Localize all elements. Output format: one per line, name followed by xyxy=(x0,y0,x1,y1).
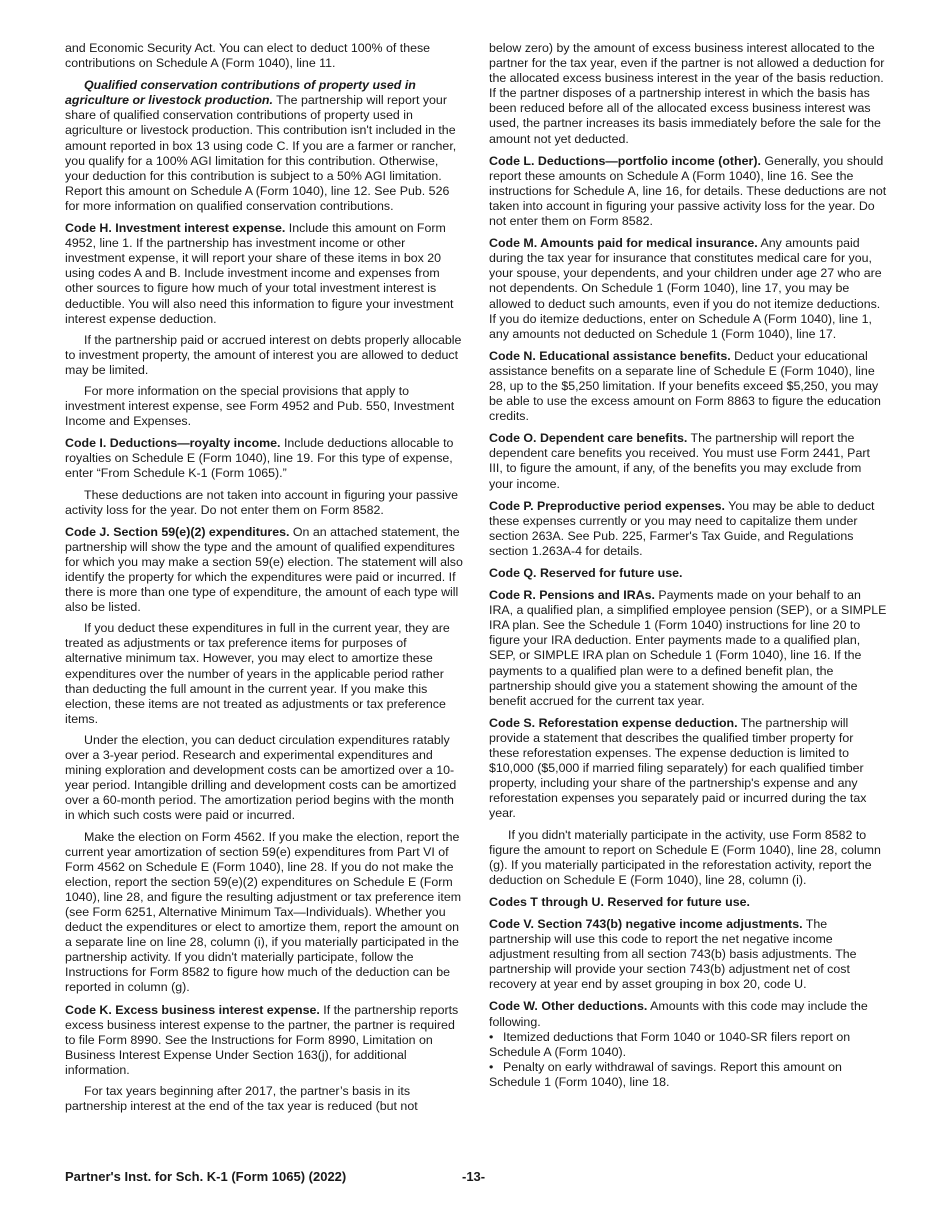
section-heading: Code P. Preproductive period expenses. xyxy=(489,499,725,513)
code-m-paragraph: Code M. Amounts paid for medical insuran… xyxy=(489,236,887,342)
footer-title: Partner's Inst. for Sch. K-1 (Form 1065)… xyxy=(65,1169,346,1184)
section-heading: Code N. Educational assistance benefits. xyxy=(489,349,731,363)
paragraph: For more information on the special prov… xyxy=(65,384,465,429)
bullet-icon: • xyxy=(489,1030,503,1045)
code-v-paragraph: Code V. Section 743(b) negative income a… xyxy=(489,917,887,992)
code-l-paragraph: Code L. Deductions—portfolio income (oth… xyxy=(489,154,887,229)
page-number: -13- xyxy=(462,1169,485,1184)
section-heading: Code W. Other deductions. xyxy=(489,999,647,1013)
left-column: and Economic Security Act. You can elect… xyxy=(65,41,465,1121)
qualified-conservation-paragraph: Qualified conservation contributions of … xyxy=(65,78,465,214)
code-r-paragraph: Code R. Pensions and IRAs. Payments made… xyxy=(489,588,887,709)
section-heading: Code M. Amounts paid for medical insuran… xyxy=(489,236,758,250)
paragraph: and Economic Security Act. You can elect… xyxy=(65,41,465,71)
paragraph: below zero) by the amount of excess busi… xyxy=(489,41,887,147)
section-heading: Code S. Reforestation expense deduction. xyxy=(489,716,738,730)
code-j-paragraph: Code J. Section 59(e)(2) expenditures. O… xyxy=(65,525,465,616)
code-k-paragraph: Code K. Excess business interest expense… xyxy=(65,1003,465,1078)
section-heading: Code O. Dependent care benefits. xyxy=(489,431,687,445)
right-column: below zero) by the amount of excess busi… xyxy=(489,41,887,1090)
section-heading: Code R. Pensions and IRAs. xyxy=(489,588,655,602)
bullet-item: •Itemized deductions that Form 1040 or 1… xyxy=(489,1030,887,1060)
section-heading: Code J. Section 59(e)(2) expenditures. xyxy=(65,525,289,539)
code-p-paragraph: Code P. Preproductive period expenses. Y… xyxy=(489,499,887,559)
code-o-paragraph: Code O. Dependent care benefits. The par… xyxy=(489,431,887,491)
code-i-paragraph: Code I. Deductions—royalty income. Inclu… xyxy=(65,436,465,481)
code-w-paragraph: Code W. Other deductions. Amounts with t… xyxy=(489,999,887,1029)
paragraph: For tax years beginning after 2017, the … xyxy=(65,1084,465,1114)
section-heading: Code V. Section 743(b) negative income a… xyxy=(489,917,803,931)
paragraph: Make the election on Form 4562. If you m… xyxy=(65,830,465,996)
paragraph: If you didn't materially participate in … xyxy=(489,828,887,888)
paragraph: These deductions are not taken into acco… xyxy=(65,488,465,518)
code-n-paragraph: Code N. Educational assistance benefits.… xyxy=(489,349,887,424)
section-heading: Codes T through U. Reserved for future u… xyxy=(489,895,750,909)
paragraph: Under the election, you can deduct circu… xyxy=(65,733,465,824)
section-heading: Code H. Investment interest expense. xyxy=(65,221,285,235)
section-heading: Code I. Deductions—royalty income. xyxy=(65,436,281,450)
code-h-paragraph: Code H. Investment interest expense. Inc… xyxy=(65,221,465,327)
section-heading: Code L. Deductions—portfolio income (oth… xyxy=(489,154,761,168)
bullet-icon: • xyxy=(489,1060,503,1075)
paragraph: If you deduct these expenditures in full… xyxy=(65,621,465,727)
section-heading: Code Q. Reserved for future use. xyxy=(489,566,682,580)
bullet-item: •Penalty on early withdrawal of savings.… xyxy=(489,1060,887,1090)
code-q-paragraph: Code Q. Reserved for future use. xyxy=(489,566,887,581)
code-s-paragraph: Code S. Reforestation expense deduction.… xyxy=(489,716,887,822)
code-tu-paragraph: Codes T through U. Reserved for future u… xyxy=(489,895,887,910)
paragraph: If the partnership paid or accrued inter… xyxy=(65,333,465,378)
section-heading: Code K. Excess business interest expense… xyxy=(65,1003,320,1017)
